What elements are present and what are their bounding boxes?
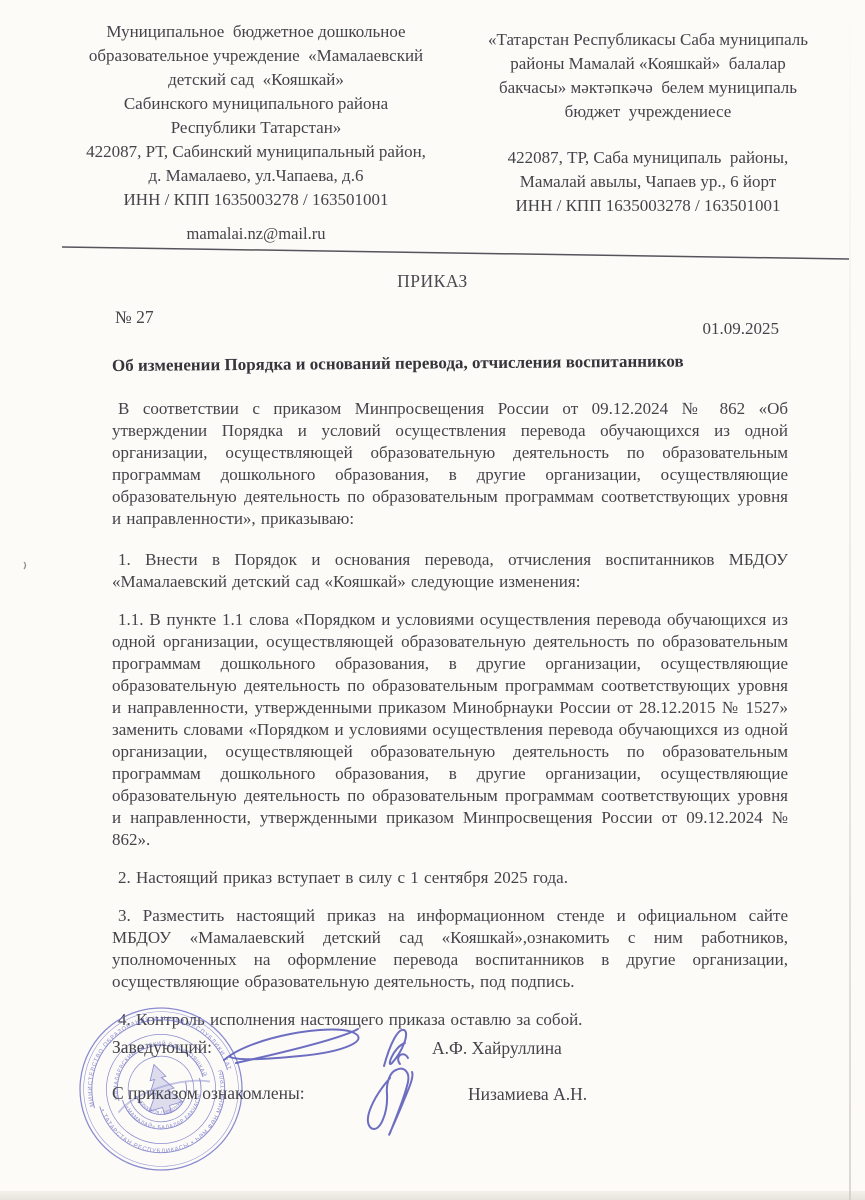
order-paragraph: 3. Разместить настоящий приказ на информ… xyxy=(112,905,788,993)
director-name: А.Ф. Хайруллина xyxy=(432,1038,562,1059)
scanned-order-document: Муниципальное бюджетное дошкольное образ… xyxy=(0,0,865,1200)
scan-artifact-mark xyxy=(24,562,26,569)
header-spacer xyxy=(468,124,828,146)
scan-right-edge xyxy=(849,0,851,1200)
order-date: 01.09.2025 xyxy=(703,319,780,339)
header-divider-rule xyxy=(62,247,849,259)
order-title: ПРИКАЗ xyxy=(0,271,865,292)
org-name-line: Муниципальное бюджетное дошкольное xyxy=(60,20,452,44)
org-name-line: районы Мамалай «Кояшкай» балалар xyxy=(468,52,828,76)
org-block-russian: Муниципальное бюджетное дошкольное образ… xyxy=(60,20,452,212)
order-number: № 27 xyxy=(115,307,154,328)
org-name-line: Сабинского муниципального района xyxy=(60,92,452,116)
order-body: В соответствии с приказом Минпросвещения… xyxy=(112,398,788,1047)
reviewer-signature xyxy=(368,1054,413,1135)
order-paragraph: В соответствии с приказом Минпросвещения… xyxy=(112,398,788,530)
acknowledged-name: Низамиева А.Н. xyxy=(468,1084,587,1105)
org-email: mamalai.nz@mail.ru xyxy=(60,224,452,244)
org-address-line: д. Мамалаево, ул.Чапаева, д.6 xyxy=(60,164,452,188)
org-name-line: бакчасы» мәктәпкәчә белем муниципаль xyxy=(468,76,828,100)
org-address-line: 422087, РТ, Сабинский муниципальный райо… xyxy=(60,140,452,164)
org-name-line: Республики Татарстан» xyxy=(60,116,452,140)
order-paragraph: 1.1. В пункте 1.1 слова «Порядком и усло… xyxy=(112,609,788,851)
org-block-tatar: «Татарстан Республикасы Саба муниципаль … xyxy=(468,28,828,218)
order-paragraph: 1. Внести в Порядок и основания перевода… xyxy=(112,549,788,593)
director-role-label: Заведующий: xyxy=(112,1037,212,1058)
scan-bottom-edge xyxy=(0,1191,865,1200)
org-name-line: образовательное учреждение «Мамалаевский xyxy=(60,44,452,68)
acknowledged-label: С приказом ознакомлены: xyxy=(112,1083,305,1104)
org-name-line: «Татарстан Республикасы Саба муниципаль xyxy=(468,28,828,52)
org-name-line: детский сад «Кояшкай» xyxy=(60,68,452,92)
order-paragraph: 2. Настоящий приказ вступает в силу с 1 … xyxy=(112,867,788,889)
org-inn-kpp: ИНН / КПП 1635003278 / 163501001 xyxy=(468,194,828,218)
org-name-line: бюджет учреждениесе xyxy=(468,100,828,124)
org-inn-kpp: ИНН / КПП 1635003278 / 163501001 xyxy=(60,188,452,212)
org-address-line: 422087, ТР, Саба муниципаль районы, xyxy=(468,146,828,170)
org-address-line: Мамалай авылы, Чапаев ур., 6 йорт xyxy=(468,170,828,194)
order-subject: Об изменении Порядка и оснований перевод… xyxy=(112,351,812,376)
